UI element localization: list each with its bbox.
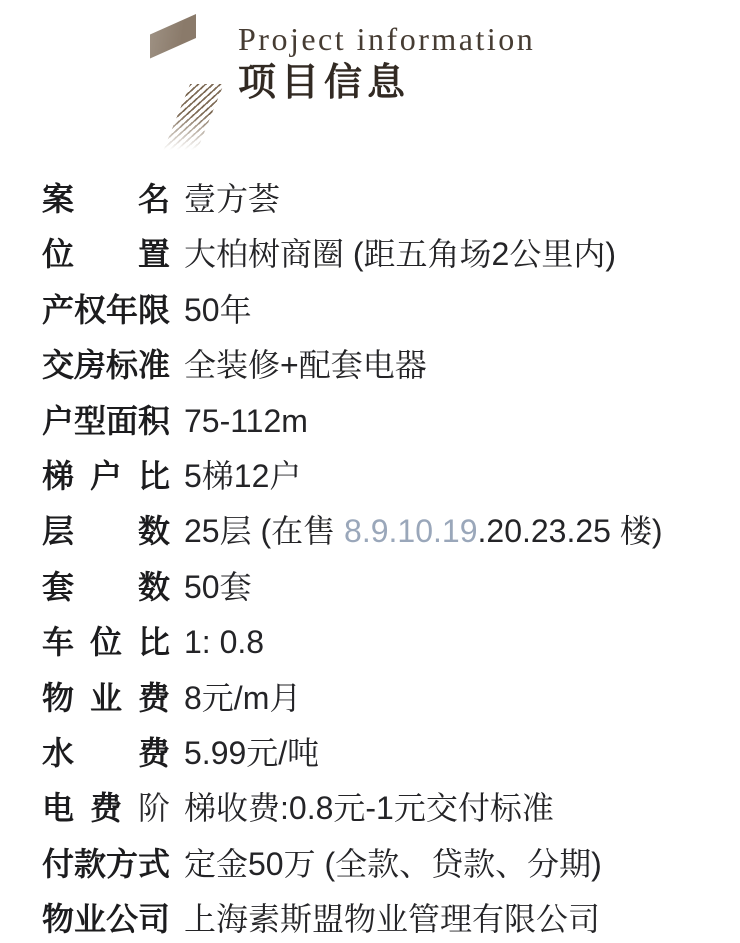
info-list: 案 名 壹方荟 位 置 大柏树商圈 (距五角场2公里内) 产权年限 50年 交房… bbox=[42, 172, 724, 943]
info-row-payment-method: 付款方式 定金50万 (全款、贷款、分期) bbox=[42, 837, 724, 892]
header-text: Project information 项目信息 bbox=[238, 22, 535, 106]
field-label: 案 名 bbox=[42, 182, 170, 217]
field-label: 电 费 阶 bbox=[42, 791, 170, 826]
field-value: 定金50万 (全款、贷款、分期) bbox=[184, 847, 602, 882]
numeral-stem-shape bbox=[194, 10, 224, 90]
value-segment: .20.23.25 楼) bbox=[478, 513, 663, 549]
field-label: 付款方式 bbox=[42, 847, 170, 882]
label-bold-part: 电 费 bbox=[42, 790, 126, 826]
field-value: 25层 (在售 8.9.10.19.20.23.25 楼) bbox=[184, 514, 663, 549]
field-label: 梯 户 比 bbox=[42, 459, 170, 494]
section-number-graphic: 1 bbox=[150, 10, 232, 142]
value-segment: 25层 (在售 bbox=[184, 513, 344, 549]
field-label: 车 位 比 bbox=[42, 625, 170, 660]
info-row-unit-area: 户型面积 75-112m bbox=[42, 394, 724, 449]
numeral-flag-shape bbox=[150, 14, 196, 58]
field-label: 产权年限 bbox=[42, 293, 170, 328]
label-light-part: 阶 bbox=[138, 790, 170, 826]
info-row-water-fee: 水 费 5.99元/吨 bbox=[42, 726, 724, 781]
field-value: 上海素斯盟物业管理有限公司 bbox=[184, 902, 600, 937]
page: 1 Project information 项目信息 案 名 壹方荟 位 置 大… bbox=[0, 0, 740, 943]
field-label: 交房标准 bbox=[42, 348, 170, 383]
field-value: 75-112m bbox=[184, 404, 308, 439]
field-label: 户型面积 bbox=[42, 404, 170, 439]
numeral-hatch-shape bbox=[163, 84, 224, 150]
info-row-total-units: 套 数 50套 bbox=[42, 560, 724, 615]
section-header: 1 Project information 项目信息 bbox=[0, 0, 740, 160]
field-label: 水 费 bbox=[42, 736, 170, 771]
field-label: 物业公司 bbox=[42, 902, 170, 937]
info-row-ownership-years: 产权年限 50年 bbox=[42, 283, 724, 338]
field-label: 层 数 bbox=[42, 514, 170, 549]
info-row-location: 位 置 大柏树商圈 (距五角场2公里内) bbox=[42, 227, 724, 282]
field-value: 大柏树商圈 (距五角场2公里内) bbox=[184, 237, 616, 272]
value-highlighted-floors: 8.9.10.19 bbox=[344, 513, 477, 549]
field-value: 5.99元/吨 bbox=[184, 736, 319, 771]
field-value: 50套 bbox=[184, 570, 252, 605]
info-row-case-name: 案 名 壹方荟 bbox=[42, 172, 724, 227]
field-value: 5梯12户 bbox=[184, 459, 301, 494]
title-english: Project information bbox=[238, 22, 535, 57]
field-value: 全装修+配套电器 bbox=[184, 348, 427, 383]
info-row-elevator-ratio: 梯 户 比 5梯12户 bbox=[42, 449, 724, 504]
info-row-parking-ratio: 车 位 比 1: 0.8 bbox=[42, 615, 724, 670]
field-value: 8元/m月 bbox=[184, 681, 301, 716]
field-label: 套 数 bbox=[42, 570, 170, 605]
field-value: 壹方荟 bbox=[184, 182, 280, 217]
field-label: 物 业 费 bbox=[42, 681, 170, 716]
info-row-electricity-fee: 电 费 阶 梯收费:0.8元-1元交付标准 bbox=[42, 781, 724, 836]
info-row-delivery-standard: 交房标准 全装修+配套电器 bbox=[42, 338, 724, 393]
field-value: 梯收费:0.8元-1元交付标准 bbox=[184, 791, 554, 826]
info-row-property-company: 物业公司 上海素斯盟物业管理有限公司 bbox=[42, 892, 724, 943]
info-row-floors: 层 数 25层 (在售 8.9.10.19.20.23.25 楼) bbox=[42, 504, 724, 559]
title-chinese: 项目信息 bbox=[238, 62, 535, 106]
field-label: 位 置 bbox=[42, 237, 170, 272]
info-row-property-fee: 物 业 费 8元/m月 bbox=[42, 671, 724, 726]
field-value: 1: 0.8 bbox=[184, 625, 264, 660]
field-value: 50年 bbox=[184, 293, 252, 328]
